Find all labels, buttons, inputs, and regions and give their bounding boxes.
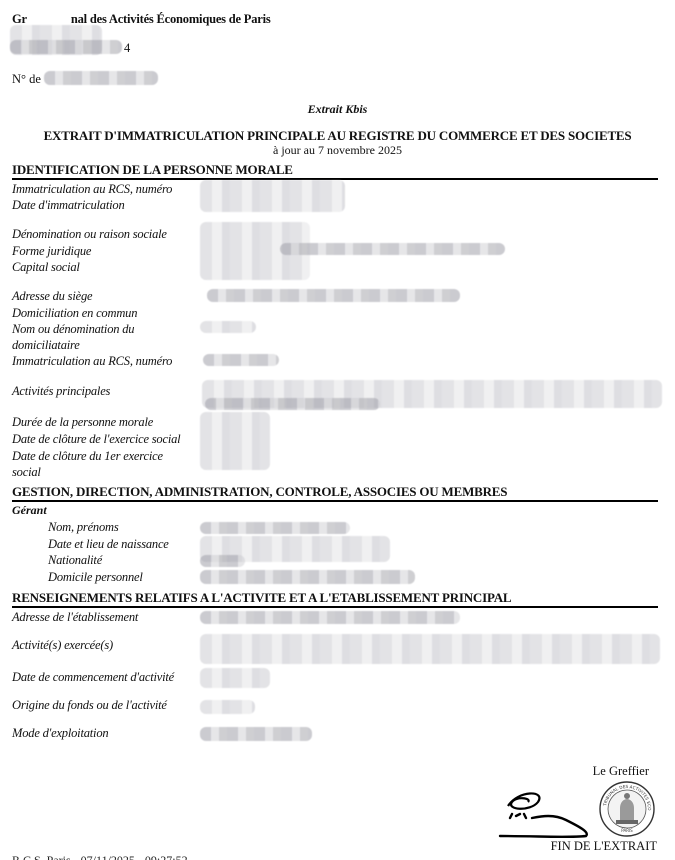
field-label: Nom ou dénomination du (12, 321, 134, 337)
field-label: Nom, prénoms (48, 519, 119, 535)
field-label: Forme juridique (12, 243, 91, 259)
redacted-value (205, 398, 380, 410)
field-label: Nationalité (48, 552, 102, 568)
field-label: Date de clôture du 1er exercice (12, 448, 163, 464)
redacted-value (203, 354, 279, 366)
field-label: Origine du fonds ou de l'activité (12, 697, 167, 713)
court-seal-icon: TRIBUNAL DES ACTIVITES ECONOMIQUES PARIS (598, 780, 656, 838)
field-label: Activités principales (12, 383, 110, 399)
redacted-value (200, 634, 660, 664)
role-heading: Gérant (12, 503, 47, 518)
field-label: Adresse de l'établissement (12, 609, 138, 625)
redacted-address (10, 40, 122, 54)
end-of-extract: FIN DE L'EXTRAIT (551, 839, 657, 854)
footer-reference: R.C.S. Paris - 07/11/2025 - 09:27:52 (12, 853, 188, 860)
field-label: social (12, 464, 41, 480)
signer-title: Le Greffier (593, 764, 649, 779)
redacted-value (200, 180, 345, 212)
field-label: Domiciliation en commun (12, 305, 137, 321)
svg-text:PARIS: PARIS (621, 828, 633, 833)
address-suffix: 4 (124, 41, 130, 56)
document-number-label: N° de (12, 72, 41, 87)
redacted-value (200, 522, 350, 534)
field-label: Adresse du siège (12, 288, 92, 304)
up-to-date-date: à jour au 7 novembre 2025 (0, 143, 675, 158)
section-identification-title: IDENTIFICATION DE LA PERSONNE MORALE (12, 162, 658, 180)
redacted-value (200, 700, 255, 714)
field-label: Date de clôture de l'exercice social (12, 431, 180, 447)
redacted-value (280, 243, 505, 255)
field-label: Dénomination ou raison sociale (12, 226, 167, 242)
field-label: Date d'immatriculation (12, 197, 125, 213)
signature-icon (498, 784, 598, 840)
document-type: Extrait Kbis (0, 102, 675, 117)
field-label: Date de commencement d'activité (12, 669, 174, 685)
section-management-title: GESTION, DIRECTION, ADMINISTRATION, CONT… (12, 484, 658, 502)
section-activity-title: RENSEIGNEMENTS RELATIFS A L'ACTIVITE ET … (12, 590, 658, 608)
field-label: Capital social (12, 259, 80, 275)
redacted-value (200, 668, 270, 688)
redacted-value (200, 412, 270, 470)
field-label: Activité(s) exercée(s) (12, 637, 113, 653)
redacted-value (207, 289, 460, 302)
redacted-value (200, 727, 312, 741)
field-label: Durée de la personne morale (12, 414, 153, 430)
field-label: Date et lieu de naissance (48, 536, 169, 552)
redacted-value (200, 321, 256, 333)
document-title: EXTRAIT D'IMMATRICULATION PRINCIPALE AU … (0, 128, 675, 144)
redacted-document-number (44, 71, 158, 85)
field-label: Domicile personnel (48, 569, 143, 585)
field-label: Mode d'exploitation (12, 725, 108, 741)
redacted-value (200, 611, 460, 624)
field-label: Immatriculation au RCS, numéro (12, 353, 172, 369)
field-label: domiciliataire (12, 337, 80, 353)
redacted-value (200, 555, 245, 567)
redacted-value (200, 570, 415, 584)
field-label: Immatriculation au RCS, numéro (12, 181, 172, 197)
